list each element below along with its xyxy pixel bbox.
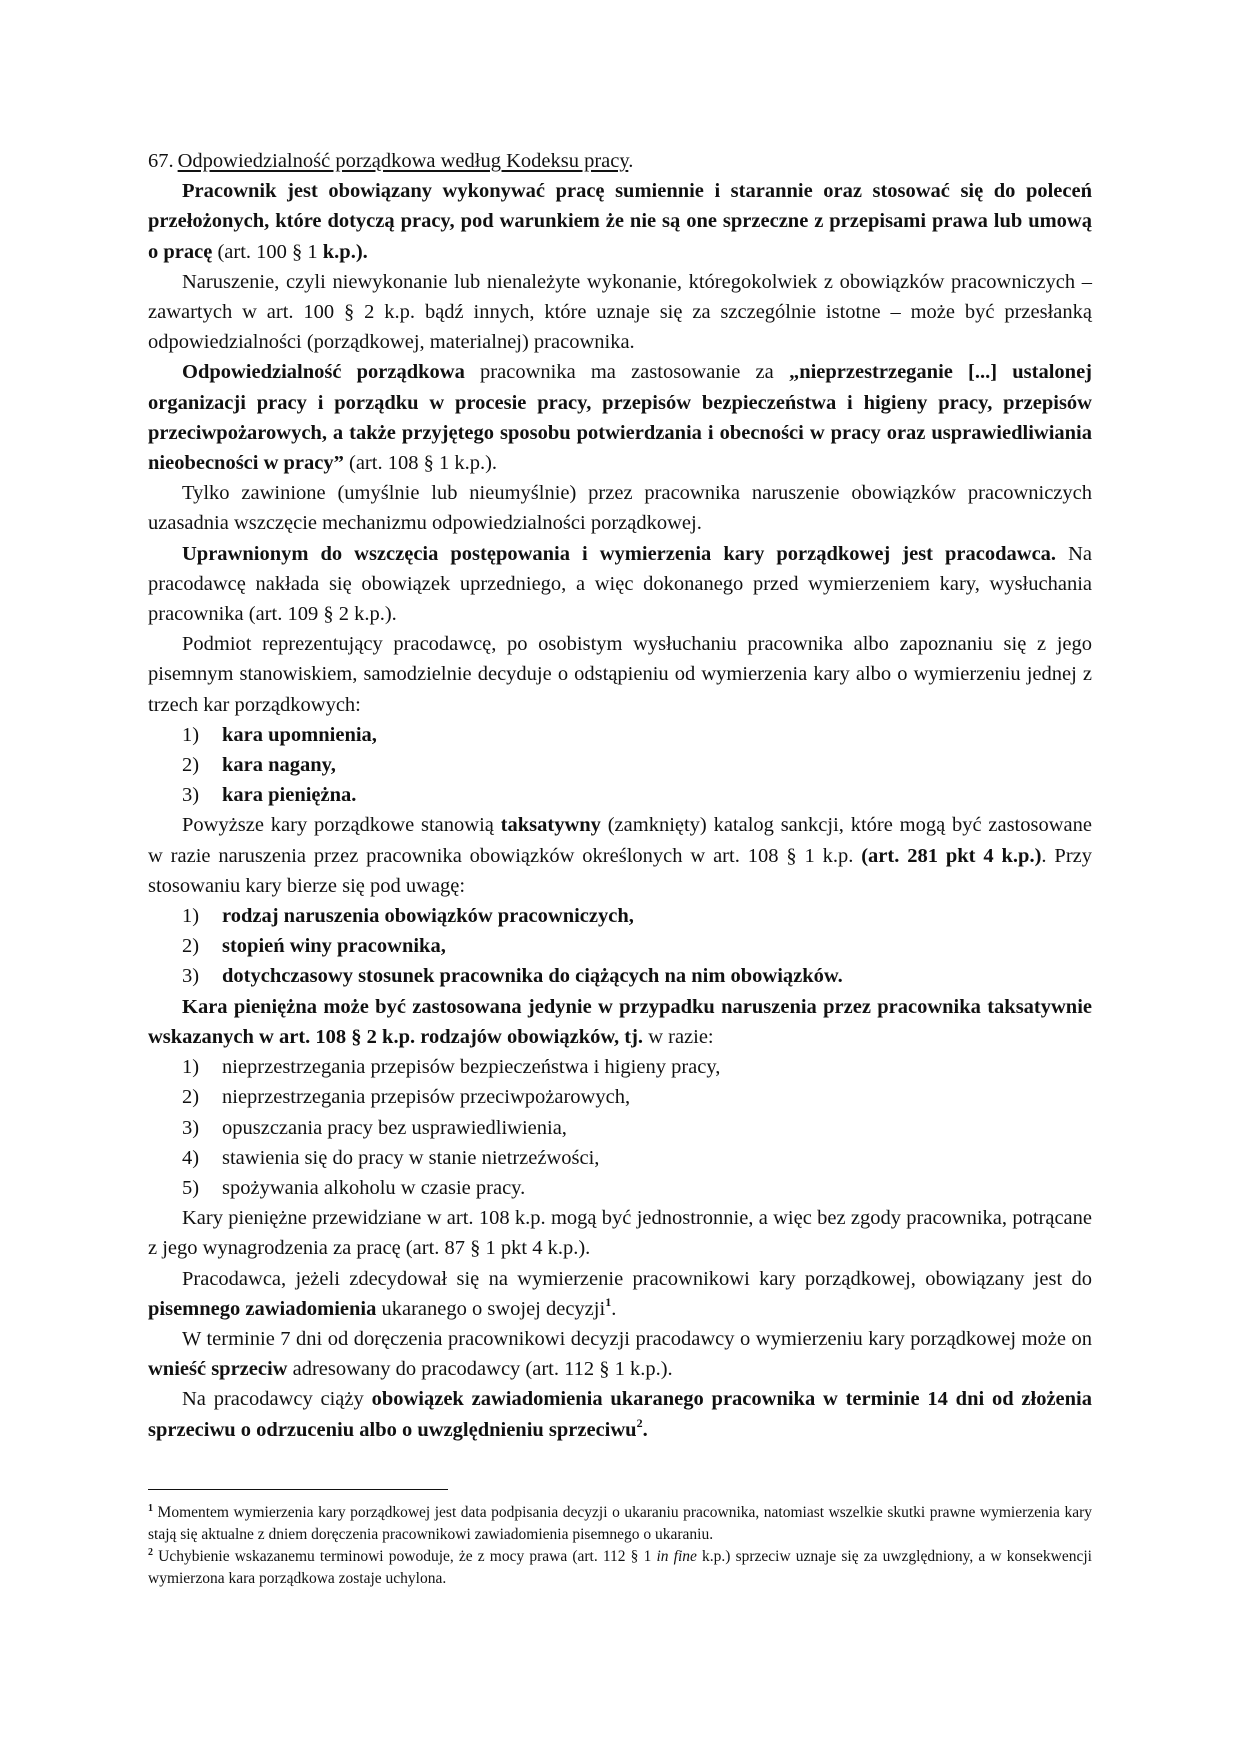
numbered-list: 1)nieprzestrzegania przepisów bezpieczeń… xyxy=(148,1052,1092,1203)
list-marker: 5) xyxy=(182,1173,222,1203)
list-item: 1)nieprzestrzegania przepisów bezpieczeń… xyxy=(182,1052,1092,1082)
list-item-text: opuszczania pracy bez usprawiedliwienia, xyxy=(222,1113,567,1143)
section-title-period: . xyxy=(628,150,633,172)
paragraph: Kara pieniężna może być zastosowana jedy… xyxy=(148,992,1092,1052)
text-run: Uprawnionym do wszczęcia postępowania i … xyxy=(182,543,1056,565)
list-marker: 1) xyxy=(182,1052,222,1082)
list-marker: 2) xyxy=(182,750,222,780)
footnote: 1 Momentem wymierzenia kary porządkowej … xyxy=(148,1502,1092,1546)
section-number: 67. xyxy=(148,150,174,172)
section-title: Odpowiedzialność porządkowa według Kodek… xyxy=(178,150,629,172)
list-item-text: stawienia się do pracy w stanie nietrzeź… xyxy=(222,1143,599,1173)
text-run: Na pracodawcy ciąży xyxy=(182,1388,372,1410)
paragraph: Kary pieniężne przewidziane w art. 108 k… xyxy=(148,1203,1092,1263)
numbered-list: 1)kara upomnienia,2)kara nagany,3)kara p… xyxy=(148,720,1092,811)
footnotes: 1 Momentem wymierzenia kary porządkowej … xyxy=(148,1489,1092,1590)
paragraph: Uprawnionym do wszczęcia postępowania i … xyxy=(148,539,1092,630)
paragraph: Powyższe kary porządkowe stanowią taksat… xyxy=(148,810,1092,901)
list-item-text: spożywania alkoholu w czasie pracy. xyxy=(222,1173,525,1203)
list-item-text: rodzaj naruszenia obowiązków pracowniczy… xyxy=(222,901,634,931)
list-item: 4)stawienia się do pracy w stanie nietrz… xyxy=(182,1143,1092,1173)
text-run: w razie: xyxy=(643,1026,714,1048)
list-item-text: nieprzestrzegania przepisów przeciwpożar… xyxy=(222,1082,630,1112)
paragraph: W terminie 7 dni od doręczenia pracownik… xyxy=(148,1324,1092,1384)
text-run: Podmiot reprezentujący pracodawcę, po os… xyxy=(148,633,1092,715)
text-run: Momentem wymierzenia kary porządkowej je… xyxy=(148,1504,1092,1543)
list-item-text: nieprzestrzegania przepisów bezpieczeńst… xyxy=(222,1052,720,1082)
text-run: Pracodawca, jeżeli zdecydował się na wym… xyxy=(182,1268,1092,1290)
text-run: Naruszenie, czyli niewykonanie lub niena… xyxy=(148,271,1092,353)
text-run: Tylko zawinione (umyślnie lub nieumyślni… xyxy=(148,482,1092,534)
text-run: . xyxy=(611,1298,616,1320)
text-run: k.p.). xyxy=(323,241,368,263)
text-run: adresowany do pracodawcy (art. 112 § 1 k… xyxy=(287,1358,672,1380)
list-item-text: stopień winy pracownika, xyxy=(222,931,446,961)
paragraph: Na pracodawcy ciąży obowiązek zawiadomie… xyxy=(148,1384,1092,1444)
text-run: ukaranego o swojej decyzji xyxy=(376,1298,605,1320)
text-run: (art. 100 § 1 xyxy=(217,241,322,263)
list-item: 1)rodzaj naruszenia obowiązków pracownic… xyxy=(182,901,1092,931)
list-marker: 3) xyxy=(182,780,222,810)
paragraph: Odpowiedzialność porządkowa pracownika m… xyxy=(148,357,1092,478)
list-marker: 2) xyxy=(182,1082,222,1112)
text-run: Uchybienie wskazanemu terminowi powoduje… xyxy=(158,1548,656,1565)
document-page: 67.Odpowiedzialność porządkowa według Ko… xyxy=(148,146,1092,1445)
list-marker: 3) xyxy=(182,1113,222,1143)
list-item-text: kara upomnienia, xyxy=(222,720,377,750)
footnote: 2 Uchybienie wskazanemu terminowi powodu… xyxy=(148,1546,1092,1590)
paragraph: Podmiot reprezentujący pracodawcę, po os… xyxy=(148,629,1092,720)
text-run: W terminie 7 dni od doręczenia pracownik… xyxy=(182,1328,1092,1350)
list-item: 2)kara nagany, xyxy=(182,750,1092,780)
list-marker: 1) xyxy=(182,901,222,931)
text-run: . xyxy=(643,1419,648,1441)
list-item-text: kara pieniężna. xyxy=(222,780,356,810)
text-run: pisemnego zawiadomienia xyxy=(148,1298,376,1320)
list-item: 5)spożywania alkoholu w czasie pracy. xyxy=(182,1173,1092,1203)
list-marker: 3) xyxy=(182,961,222,991)
list-item: 3)opuszczania pracy bez usprawiedliwieni… xyxy=(182,1113,1092,1143)
text-run: pracownika ma zastosowanie za xyxy=(465,361,789,383)
list-item: 3)dotychczasowy stosunek pracownika do c… xyxy=(182,961,1092,991)
text-run: Odpowiedzialność porządkowa xyxy=(182,361,465,383)
paragraph: Tylko zawinione (umyślnie lub nieumyślni… xyxy=(148,478,1092,538)
paragraph: Pracodawca, jeżeli zdecydował się na wym… xyxy=(148,1264,1092,1324)
text-run: wnieść sprzeciw xyxy=(148,1358,287,1380)
list-marker: 2) xyxy=(182,931,222,961)
text-run: taksatywny xyxy=(501,814,601,836)
text-run: Powyższe kary porządkowe stanowią xyxy=(182,814,501,836)
text-run: (art. 281 pkt 4 k.p.) xyxy=(861,845,1041,867)
text-run: (art. 108 § 1 k.p.). xyxy=(344,452,497,474)
footnote-mark: 2 xyxy=(148,1547,153,1558)
section-heading: 67.Odpowiedzialność porządkowa według Ko… xyxy=(148,146,1092,176)
list-marker: 1) xyxy=(182,720,222,750)
text-run: Kary pieniężne przewidziane w art. 108 k… xyxy=(148,1207,1092,1259)
document-body: Pracownik jest obowiązany wykonywać prac… xyxy=(148,176,1092,1445)
footnote-list: 1 Momentem wymierzenia kary porządkowej … xyxy=(148,1502,1092,1590)
list-item: 3)kara pieniężna. xyxy=(182,780,1092,810)
numbered-list: 1)rodzaj naruszenia obowiązków pracownic… xyxy=(148,901,1092,992)
list-item-text: kara nagany, xyxy=(222,750,336,780)
list-item: 2)nieprzestrzegania przepisów przeciwpoż… xyxy=(182,1082,1092,1112)
footnote-mark: 1 xyxy=(148,1503,153,1514)
paragraph: Pracownik jest obowiązany wykonywać prac… xyxy=(148,176,1092,267)
text-run: in fine xyxy=(656,1548,696,1565)
list-item: 2)stopień winy pracownika, xyxy=(182,931,1092,961)
list-marker: 4) xyxy=(182,1143,222,1173)
list-item-text: dotychczasowy stosunek pracownika do cią… xyxy=(222,961,843,991)
text-run: Kara pieniężna może być zastosowana jedy… xyxy=(148,996,1092,1048)
footnote-separator xyxy=(148,1489,448,1490)
paragraph: Naruszenie, czyli niewykonanie lub niena… xyxy=(148,267,1092,358)
list-item: 1)kara upomnienia, xyxy=(182,720,1092,750)
